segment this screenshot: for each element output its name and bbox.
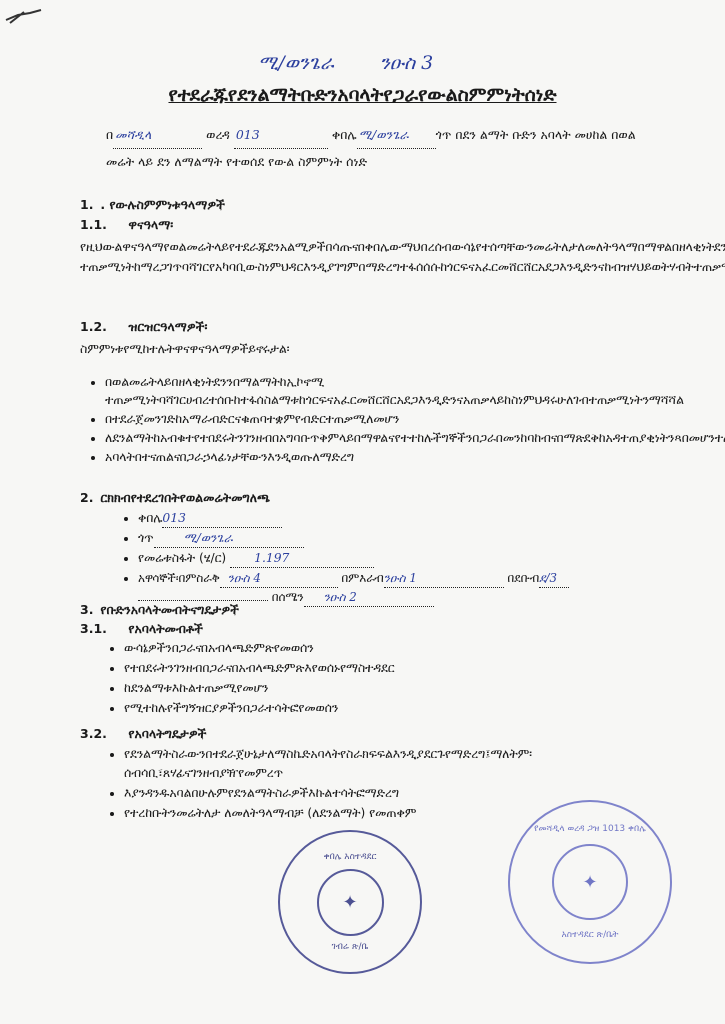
handwritten-header-note: ሚ/ወንጌራ ንዑስ 3 — [258, 52, 473, 74]
subsection-title: የአባላትመብቶች — [128, 621, 203, 636]
woreda-field: መሻዲላ — [113, 122, 202, 149]
section-3: 3. የቡድንአባላትመብትናግዴታዎች 3.1. የአባላትመብቶች ውሳኔዎ… — [80, 602, 660, 719]
section-title: የቡድንአባላትመብትናግዴታዎች — [100, 602, 239, 617]
kebele-field: 013 — [234, 122, 328, 149]
section-3-1-heading: 3.1. የአባላትመብቶች — [80, 621, 660, 637]
list-item: አባላትበተናጠልናበጋራኃላፊነታቸውንእንዲወጡለማድረግ — [105, 448, 660, 466]
stamp-bottom-text: አስተዳደር ጽ/ቤት — [526, 930, 654, 940]
field-value: 1.197 — [230, 549, 374, 568]
west-label: በምእራብ — [341, 571, 383, 585]
section-1-2: 1.2. ዝርዝርዓላማዎች፡ ስምምነቱየሚከተሉትዋናዋናዓላማዎችይኖሩታ… — [80, 319, 660, 467]
stamp-top-text: ቀበሌ አስተዳደር — [294, 852, 406, 862]
woreda-label: ወረዳ — [206, 127, 230, 142]
kebele-label: ቀበሌ — [332, 127, 357, 142]
got-field-row: ጎጥሚ/ወንጌራ — [138, 529, 660, 548]
subsection-number: 3.1. — [80, 621, 124, 636]
field-label: ጎጥ — [138, 531, 154, 545]
south-label: በደቡብ — [507, 571, 539, 585]
subsection-number: 1.2. — [80, 319, 124, 334]
subsection-title: ዝርዝርዓላማዎች፡ — [128, 319, 207, 334]
handwritten-location: ሚ/ወንጌራ — [258, 52, 334, 74]
document-page: ሚ/ወንጌራ ንዑስ 3 የተደራጁየደንልማትቡድንአባላትየጋራየውልስምም… — [0, 0, 725, 1024]
section-3-2-heading: 3.2. የአባላትግዴታዎች — [80, 726, 660, 742]
kebele-stamp: ቀበሌ አስተዳደር ✦ ገብሬ ጽ/ቤ — [278, 830, 422, 974]
list-item: በወልመሬትላይበዘላቂነትደንንበማልማትከኢኮኖሚ ተጠቃሚነትባሻገርሀብ… — [105, 373, 660, 409]
corner-scribble-mark — [4, 4, 44, 26]
section-title: . የውሉስምምነቱዓላማዎች — [100, 197, 225, 212]
got-field: ሚ/ወንጌራ — [357, 122, 436, 149]
intro-line1-rest: ጎጥ በደን ልማት ቡድን አባላት መሀከል በወል — [436, 127, 636, 142]
subsection-title: የአባላትግዴታዎች — [128, 726, 206, 741]
emblem-icon: ✦ — [552, 844, 628, 920]
field-value: 013 — [162, 509, 282, 528]
section-2-heading: 2. ርክክብየተደረገበትየወልመሬትመግለጫ — [80, 490, 660, 506]
west-boundary-value: ንዑስ 1 — [384, 569, 504, 588]
section-title: ርክክብየተደረገበትየወልመሬትመግለጫ — [100, 490, 270, 505]
section-1-heading: 1. . የውሉስምምነቱዓላማዎች — [80, 197, 660, 213]
section-number: 2. — [80, 490, 96, 505]
section-1: 1. . የውሉስምምነቱዓላማዎች 1.1. ዋናዓላማ፡ የዚህውልዋናዓላ… — [80, 197, 660, 277]
area-field-row: የመሬቱስፋት (ሄ/ር) 1.197 — [138, 549, 660, 568]
section-2: 2. ርክክብየተደረገበትየወልመሬትመግለጫ ቀበሌ013 ጎጥሚ/ወንጌራ… — [80, 490, 660, 608]
specific-objectives-intro: ስምምነቱየሚከተሉትዋናዋናዓላማዎችይኖሩታል፡ — [80, 339, 660, 359]
subsection-number: 1.1. — [80, 217, 124, 232]
boundaries-label: አዋሳኞች፡በምስራቅ — [138, 571, 220, 585]
subsection-number: 3.2. — [80, 726, 124, 741]
field-value: ሚ/ወንጌራ — [154, 529, 304, 548]
list-item: ከደንልማቱእኩልተጠቃሚየመሆን — [124, 679, 660, 698]
stamp-bottom-text: ገብሬ ጽ/ቤ — [294, 942, 406, 952]
specific-objectives-list: በወልመሬትላይበዘላቂነትደንንበማልማትከኢኮኖሚ ተጠቃሚነትባሻገርሀብ… — [80, 373, 660, 466]
land-description-list: ቀበሌ013 ጎጥሚ/ወንጌራ የመሬቱስፋት (ሄ/ር) 1.197 አዋሳኞ… — [80, 509, 660, 607]
handwritten-number: ንዑስ 3 — [380, 52, 433, 74]
field-label: የመሬቱስፋት (ሄ/ር) — [138, 551, 226, 565]
list-item: የሚተከሉየችግኝዝርያዎችንበጋራተሳትፎየመወሰን — [124, 699, 660, 718]
field-label: ቀበሌ — [138, 511, 162, 525]
emblem-icon: ✦ — [317, 869, 384, 936]
section-number: 1. — [80, 197, 96, 212]
member-rights-list: ውሳኔዎችንበጋራናበአብላጫድምጽየመወሰን የተበደሩትንገንዘብበጋራናበ… — [80, 639, 660, 718]
list-item: ለደንልማትከአብቁተየተበደሩትንገንዘብበአግባቡጥቅምላይበማዋልናየተተ… — [105, 429, 660, 447]
stamp-top-text: የመሻዲላ ወረዳ ጋዝ 1013 ቀበሌ — [526, 824, 654, 834]
subsection-title: ዋናዓላማ፡ — [128, 217, 173, 232]
intro-paragraph: በመሻዲላ ወረዳ 013 ቀበሌሚ/ወንጌራጎጥ በደን ልማት ቡድን አባ… — [106, 122, 666, 175]
main-objective-text: የዚህውልዋናዓላማየወልመሬትላይየተደራጁደንአልሚዎችበሳጡናበቀበሌውማ… — [80, 237, 660, 277]
section-1-1-heading: 1.1. ዋናዓላማ፡ — [80, 217, 660, 233]
intro-prefix: በ — [106, 127, 113, 142]
south-boundary-value: ደ/3 — [539, 569, 569, 588]
east-boundary-value: ንዑስ 4 — [220, 569, 338, 588]
woreda-stamp: የመሻዲላ ወረዳ ጋዝ 1013 ቀበሌ ✦ አስተዳደር ጽ/ቤት — [508, 800, 672, 964]
boundary-continuation-line — [138, 600, 268, 601]
section-number: 3. — [80, 602, 96, 617]
list-item: ውሳኔዎችንበጋራናበአብላጫድምጽየመወሰን — [124, 639, 660, 658]
section-3-heading: 3. የቡድንአባላትመብትናግዴታዎች — [80, 602, 660, 618]
document-title: የተደራጁየደንልማትቡድንአባላትየጋራየውልስምምነትሰነድ — [0, 84, 725, 106]
list-item: የደንልማትስራውንበተደራጀሁኔታለማስኬድአባላትየስራክፍፍልእንዲያደር… — [124, 745, 660, 783]
list-item: በተደራጀመንገድከአማራብድርናቁጠባተቋምየብድርተጠቃሚለመሆን — [105, 410, 660, 428]
intro-line2: መሬት ላይ ደን ለማልማት የተወሰደ የውል ስምምነት ሰነድ — [106, 154, 367, 169]
list-item: የተበደሩትንገንዘብበጋራናበአብላጫድምጽእየወሰኑየማስተዳደር — [124, 659, 660, 678]
section-1-2-heading: 1.2. ዝርዝርዓላማዎች፡ — [80, 319, 660, 335]
kebele-field-row: ቀበሌ013 — [138, 509, 660, 528]
